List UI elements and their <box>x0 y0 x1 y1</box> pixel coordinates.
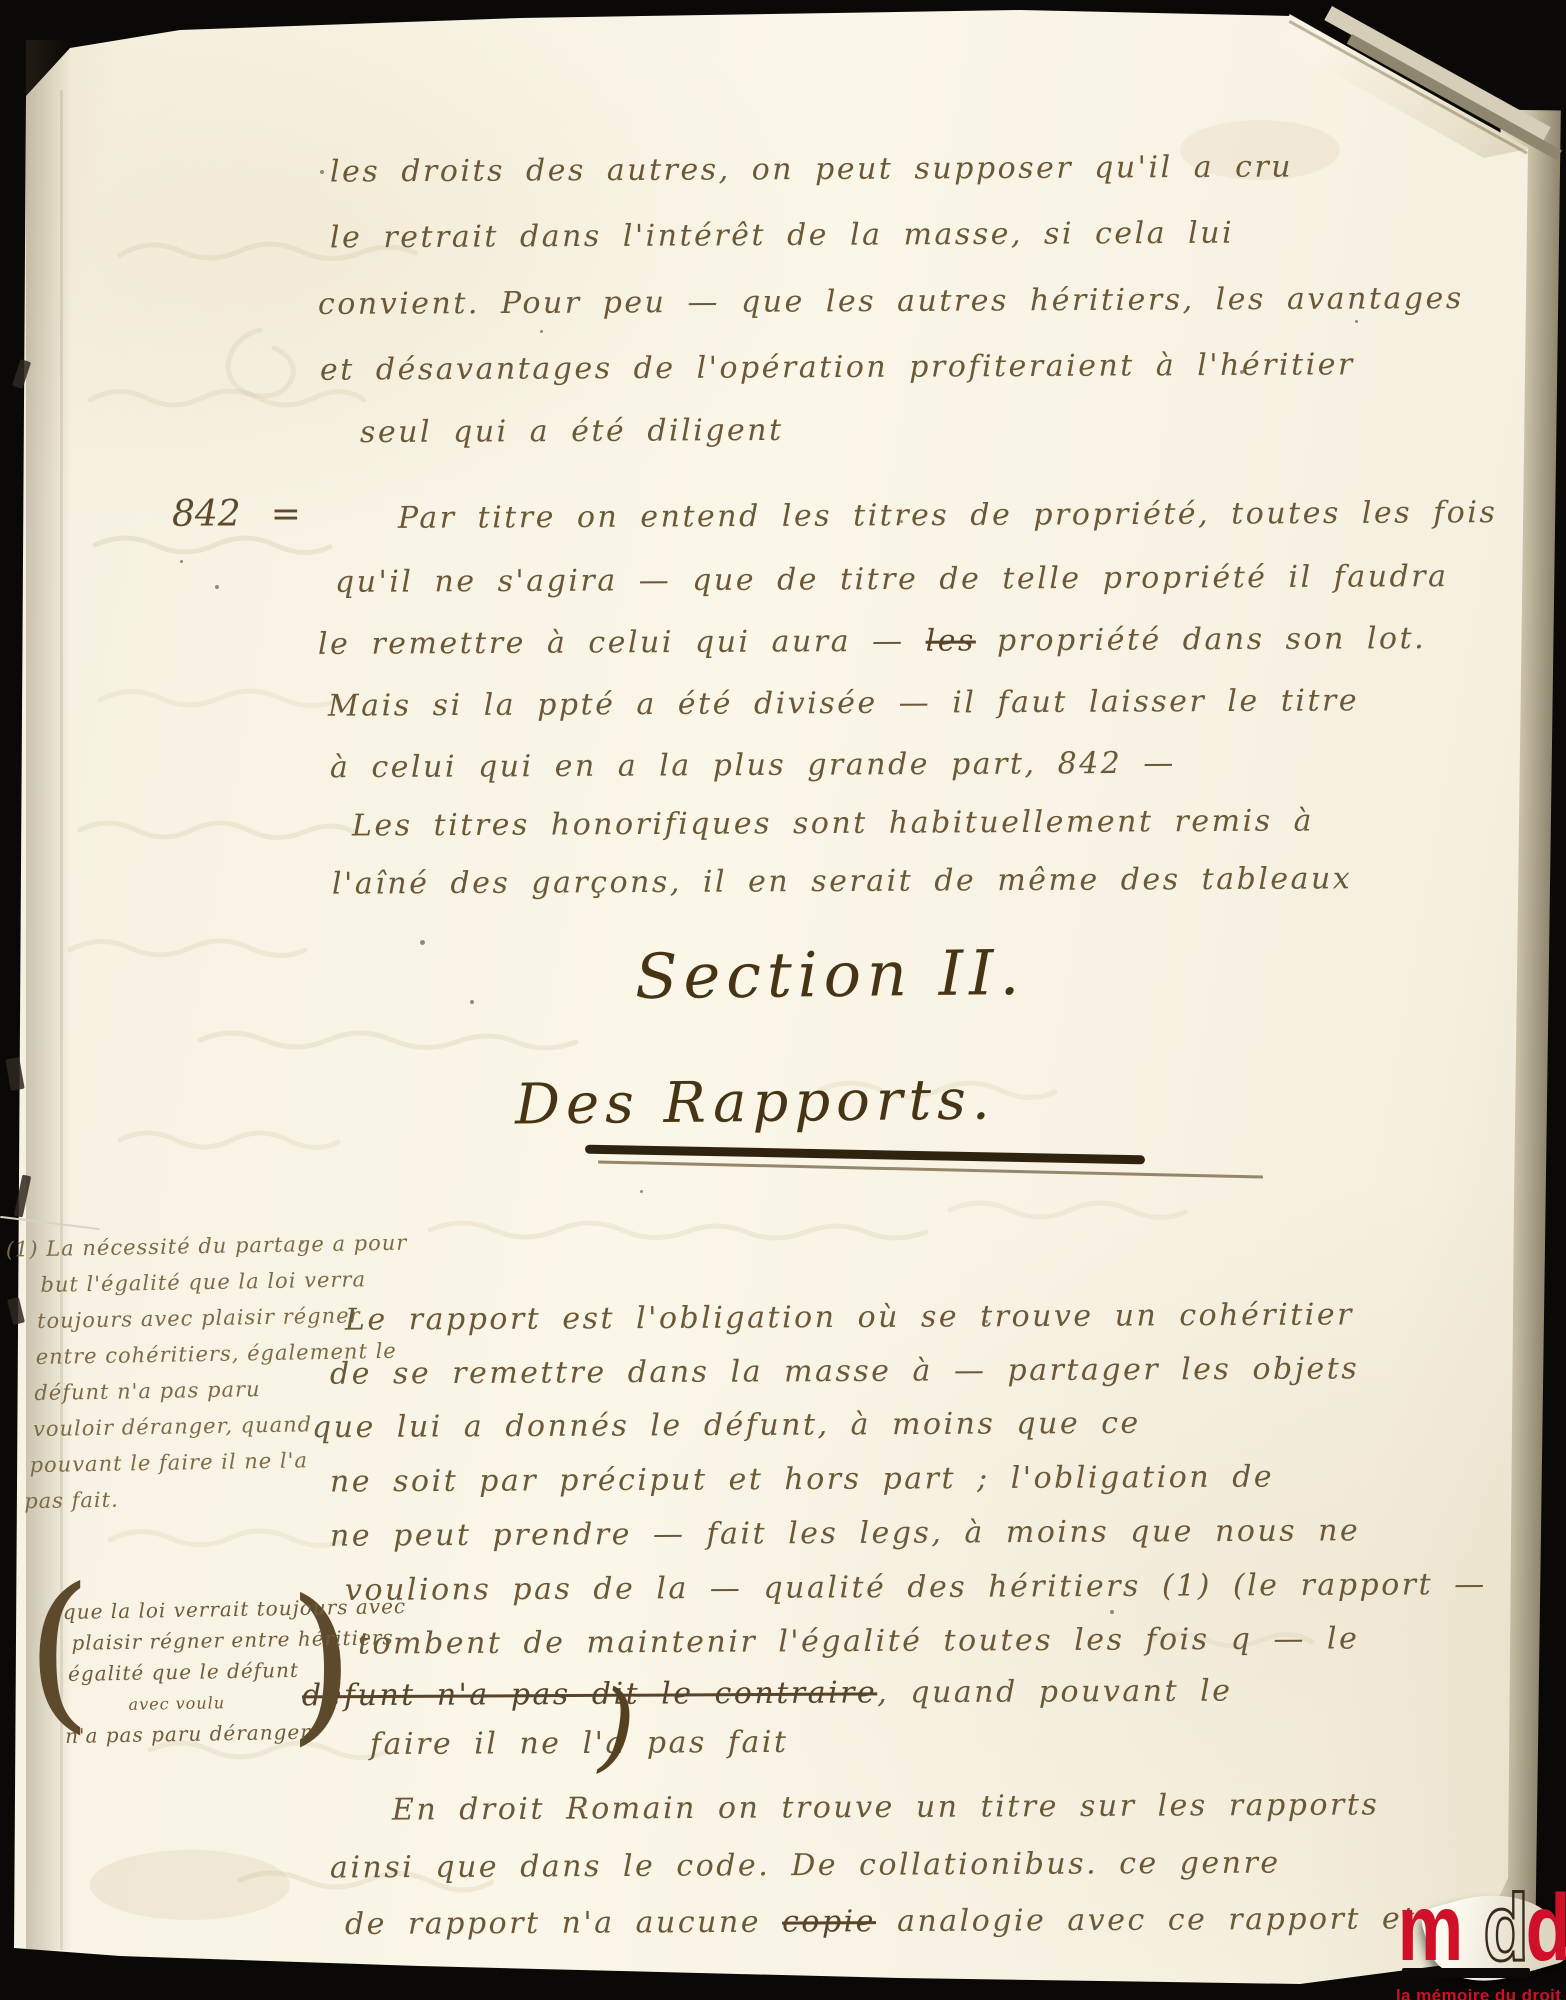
logo-tagline: la mémoire du droit <box>1396 1986 1566 2000</box>
mdd-logo-letters: m d d <box>1396 1884 1566 1980</box>
struck-word: les <box>926 623 976 658</box>
ink-speck <box>180 560 183 563</box>
margin-note-inserted-line: avec voulu <box>128 1684 408 1720</box>
manuscript-line: ne peut prendre — fait les legs, à moins… <box>330 1513 1360 1553</box>
ink-speck <box>215 585 219 589</box>
article-number: 842 <box>172 494 241 535</box>
manuscript-line: les droits des autres, on peut supposer … <box>330 149 1293 189</box>
margin-note-2: que la loi verrait toujours avec plaisir… <box>63 1591 409 1752</box>
manuscript-line: ainsi que dans le code. De collationibus… <box>330 1846 1281 1886</box>
ink-speck <box>1355 320 1358 323</box>
ink-speck <box>1110 1610 1114 1614</box>
margin-note-line: plaisir régner entre héritiers <box>71 1622 407 1659</box>
ink-speck <box>640 1190 643 1193</box>
article-number-marker: 842 = <box>172 494 301 535</box>
ink-speck <box>320 170 324 174</box>
logo-letter-m: m <box>1398 1884 1464 1980</box>
section-heading: Section II. <box>635 936 1026 1013</box>
subsection-heading: Des Rapports. <box>515 1067 996 1137</box>
manuscript-line: l'aîné des garçons, il en serait de même… <box>332 861 1352 901</box>
manuscript-line: à celui qui en a la plus grande part, 84… <box>330 746 1176 785</box>
manuscript-line: défunt n'a pas dit le contraire, quand p… <box>302 1674 1233 1714</box>
ink-speck <box>420 940 425 945</box>
manuscript-line: faire il ne l'a pas fait <box>370 1725 789 1762</box>
manuscript-line: seul qui a été diligent <box>360 413 784 450</box>
manuscript-line: tombent de maintenir l'égalité toutes le… <box>358 1621 1359 1661</box>
line-segment: le remettre à celui qui aura — <box>318 624 926 662</box>
manuscript-photo: les droits des autres, on peut supposer … <box>0 0 1566 2000</box>
manuscript-line: En droit Romain on trouve un titre sur l… <box>392 1787 1379 1827</box>
paper-stain <box>90 1850 290 1920</box>
manuscript-line: de rapport n'a aucune copie analogie ave… <box>345 1901 1471 1942</box>
manuscript-line: le retrait dans l'intérêt de la masse, s… <box>330 216 1234 256</box>
manuscript-line: voulions pas de la — qualité des héritie… <box>345 1567 1487 1608</box>
equals-sign: = <box>271 494 301 535</box>
manuscript-line: le remettre à celui qui aura — les propr… <box>318 621 1426 662</box>
logo-letter-d-outline: d <box>1483 1884 1528 1980</box>
manuscript-line: de se remettre dans la masse à — partage… <box>330 1351 1359 1391</box>
struck-word: copie <box>782 1904 876 1939</box>
ink-speck <box>470 1000 474 1004</box>
line-segment: de rapport n'a aucune <box>345 1905 782 1942</box>
manuscript-line: que lui a donnés le défunt, à moins que … <box>312 1406 1141 1445</box>
line-segment: , quand pouvant le <box>877 1674 1232 1711</box>
manuscript-line: et désavantages de l'opération profitera… <box>320 347 1355 387</box>
manuscript-line: convient. Pour peu — que les autres héri… <box>318 281 1464 322</box>
mdd-logo: m d d la mémoire du droit <box>1396 1884 1566 2000</box>
manuscript-line: Les titres honorifiques sont habituellem… <box>352 803 1314 843</box>
line-segment: analogie avec ce rapport et — <box>876 1901 1471 1939</box>
manuscript-line: Par titre on entend les titres de propri… <box>398 495 1497 536</box>
margin-note-line: n'a pas paru déranger <box>65 1715 409 1752</box>
ink-speck <box>540 330 543 333</box>
logo-underline-bar <box>1402 1968 1530 1978</box>
manuscript-line: ne soit par préciput et hors part ; l'ob… <box>330 1460 1274 1500</box>
manuscript-line: Le rapport est l'obligation où se trouve… <box>345 1297 1354 1337</box>
logo-letter-d-solid: d <box>1525 1884 1566 1980</box>
manuscript-line: Mais si la ppté a été divisée — il faut … <box>328 683 1359 723</box>
line-segment: propriété dans son lot. <box>976 621 1426 658</box>
closing-parenthesis-mark: ) <box>598 1678 635 1774</box>
manuscript-line: qu'il ne s'agira — que de titre de telle… <box>335 559 1449 600</box>
